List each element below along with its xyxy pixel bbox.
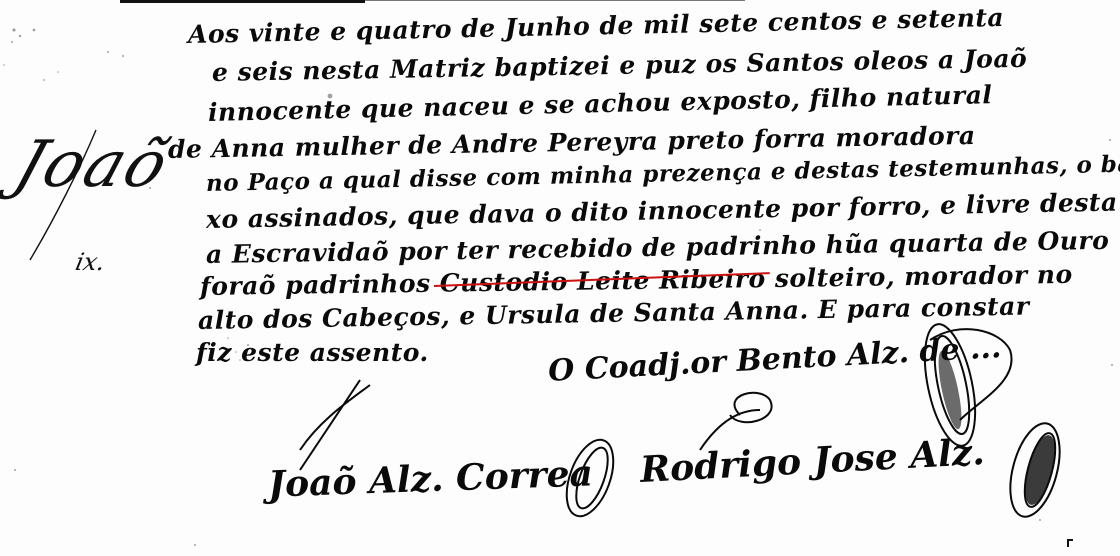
signature-flourishes bbox=[0, 0, 1120, 556]
manuscript-page: Joaõ ix. Aos vinte e quatro de Junho de … bbox=[0, 0, 1120, 556]
